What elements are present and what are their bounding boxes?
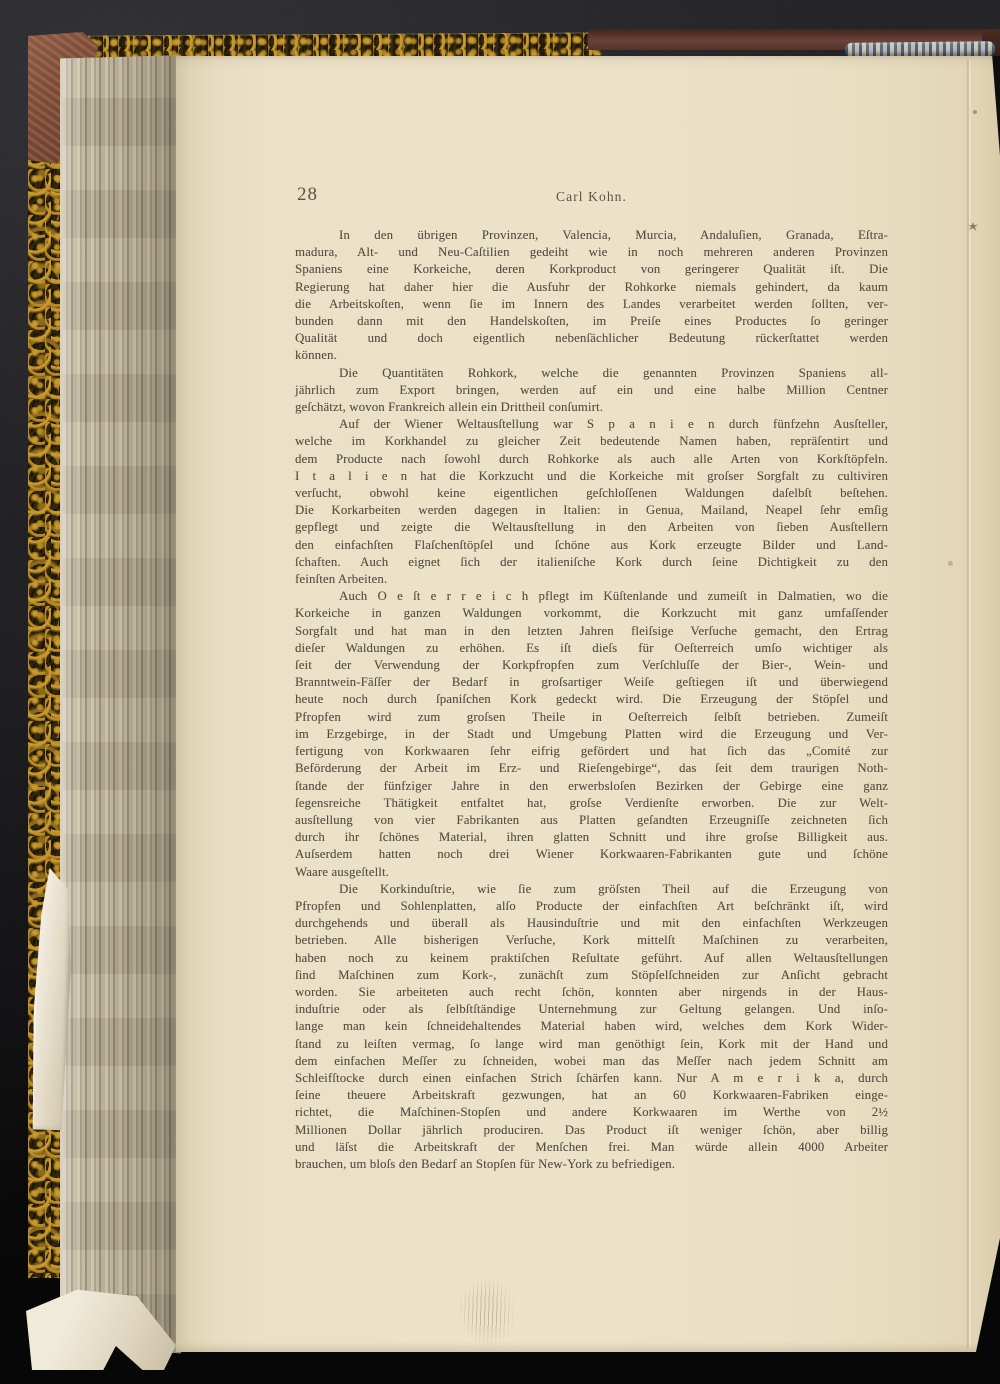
text-line: fertigung von Korkwaaren ſehr eifrig gef… (295, 743, 888, 760)
marbled-cover-top-edge (88, 32, 602, 58)
text-line: dieſer Waldungen zu erhöhen. Es iſt dieſ… (295, 640, 888, 657)
text-line: ſchaften. Auch eignet ſich der italieniſ… (295, 554, 888, 571)
text-line: induſtrie oder als ſelbſtſtändige Untern… (295, 1001, 888, 1018)
text-line: bunden dann mit den Handelskoſten, im Pr… (295, 313, 888, 330)
text-line: Beförderung der Arbeit im Erz- und Rieſe… (295, 760, 888, 777)
paragraph: Die Korkinduſtrie, wie ſie zum gröſsten … (295, 881, 888, 1173)
text-line: gepflegt und zeigte die Weltausſtellung … (295, 519, 888, 536)
text-line: Die Quantitäten Rohkork, welche die gena… (295, 365, 888, 382)
text-line: im Erzgebirge, in der Stadt und Umgebung… (295, 726, 888, 743)
text-line: verſucht, obwohl keine eigentlichen geſc… (295, 485, 888, 502)
text-line: madura, Alt- und Neu-Caſtilien gedeiht w… (295, 244, 888, 261)
text-line: ſeine theuere Arbeitskraft gezwungen, ha… (295, 1087, 888, 1104)
text-line: Auf der Wiener Weltausſtellung war S p a… (295, 416, 888, 433)
text-line: Auch O e ſt e r r e i c h pflegt im Küſt… (295, 588, 888, 605)
page-edge-shadow-bottom (976, 1238, 1000, 1352)
page-crease (966, 60, 971, 1348)
page-header: 28 Carl Kohn. (295, 184, 888, 210)
paragraph: Auch O e ſt e r r e i c h pflegt im Küſt… (295, 588, 888, 880)
running-title: Carl Kohn. (295, 189, 888, 205)
text-line: richtet, die Maſchinen-Stopſen und ander… (295, 1104, 888, 1121)
book-page: 28 Carl Kohn. In den übrigen Provinzen, … (176, 56, 1000, 1352)
text-line: Millionen Dollar jährlich produciren. Da… (295, 1122, 888, 1139)
text-line: Korkeiche in ganzen Waldungen vorkommt, … (295, 605, 888, 622)
text-line: den einfachſten Flaſchenſtöpſel und ſchö… (295, 537, 888, 554)
scanned-book-photo: { "document": { "kind": "scanned book pa… (0, 0, 1000, 1384)
text-line: dem Producte nach ſowohl durch Rohkorke … (295, 451, 888, 468)
paragraph: Auf der Wiener Weltausſtellung war S p a… (295, 416, 888, 588)
text-line: Auſserdem hatten noch drei Wiener Korkwa… (295, 846, 888, 863)
text-line: Schleifſtocke durch einen einfachen Stri… (295, 1070, 888, 1087)
text-line: geſchätzt, wovon Frankreich allein ein D… (295, 399, 888, 416)
fingerprint-smudge (442, 1263, 527, 1370)
text-line: lange man kein ſchneidehaltendes Materia… (295, 1018, 888, 1035)
text-line: dem einfachen Meſſer zu ſchneiden, wobei… (295, 1053, 888, 1070)
text-line: und läſst die Arbeitskraft der Menſchen … (295, 1139, 888, 1156)
text-line: durch ihr ſchönes Material, ihren glatte… (295, 829, 888, 846)
text-line: ſtand zu leiſten vermag, ſo lange wird m… (295, 1036, 888, 1053)
paragraph: Die Quantitäten Rohkork, welche die gena… (295, 365, 888, 417)
page-edge-shadow-top (988, 56, 1000, 156)
foxing-spot (948, 561, 953, 566)
text-line: worden. Sie arbeiteten auch recht ſchön,… (295, 984, 888, 1001)
text-line: ſegensreiche Thätigkeit entfaltet hat, g… (295, 795, 888, 812)
text-line: ſeit der Verwendung der Korkpfropfen zum… (295, 657, 888, 674)
text-line: jährlich zum Export bringen, werden auf … (295, 382, 888, 399)
text-line: I t a l i e n hat die Korkzucht und die … (295, 468, 888, 485)
text-line: feinſten Arbeiten. (295, 571, 888, 588)
text-line: Sorgfalt und hat man in den letzten Jahr… (295, 623, 888, 640)
text-line: welche im Korkhandel zu gleicher Zeit be… (295, 433, 888, 450)
text-line: durchgehends und überall als Hausinduſtr… (295, 915, 888, 932)
text-line: Die Korkinduſtrie, wie ſie zum gröſsten … (295, 881, 888, 898)
text-line: brauchen, um bloſs den Bedarf an Stopſen… (295, 1156, 888, 1173)
text-line: Qualität und doch eigentlich nebenſächli… (295, 330, 888, 347)
text-line: betrieben. Alle bisherigen Verſuche, Kor… (295, 932, 888, 949)
foxing-spot (973, 110, 977, 114)
text-line: Waare ausgeſtellt. (295, 864, 888, 881)
paragraph: In den übrigen Provinzen, Valencia, Murc… (295, 227, 888, 365)
text-line: heute noch durch ſpaniſchen Kork gedeckt… (295, 691, 888, 708)
text-line: ſtande der fünfziger Jahre in den erwerb… (295, 778, 888, 795)
text-line: Pfropfen wird zum groſsen Theile in Oeſt… (295, 709, 888, 726)
text-line: können. (295, 347, 888, 364)
text-line: Spaniens eine Korkeiche, deren Korkprodu… (295, 261, 888, 278)
text-line: ſind Maſchinen zum Kork-, zunächſt zum S… (295, 967, 888, 984)
text-line: Branntwein-Fäſſer der Bedarf in groſsart… (295, 674, 888, 691)
text-line: Die Korkarbeiten werden dagegen in Itali… (295, 502, 888, 519)
text-line: die Arbeitskoſten, wenn ſie im Innern de… (295, 296, 888, 313)
text-line: haben noch zu keinem praktiſchen Reſulta… (295, 950, 888, 967)
text-line: Pfropfen und Sohlenplatten, alſo Product… (295, 898, 888, 915)
text-line: In den übrigen Provinzen, Valencia, Murc… (295, 227, 888, 244)
body-text: In den übrigen Provinzen, Valencia, Murc… (295, 227, 888, 1173)
text-line: ausſtellung von vier Fabrikanten aus Pla… (295, 812, 888, 829)
text-line: Regierung hat daher hier die Ausfuhr der… (295, 279, 888, 296)
page-edges-stack (60, 54, 181, 1354)
